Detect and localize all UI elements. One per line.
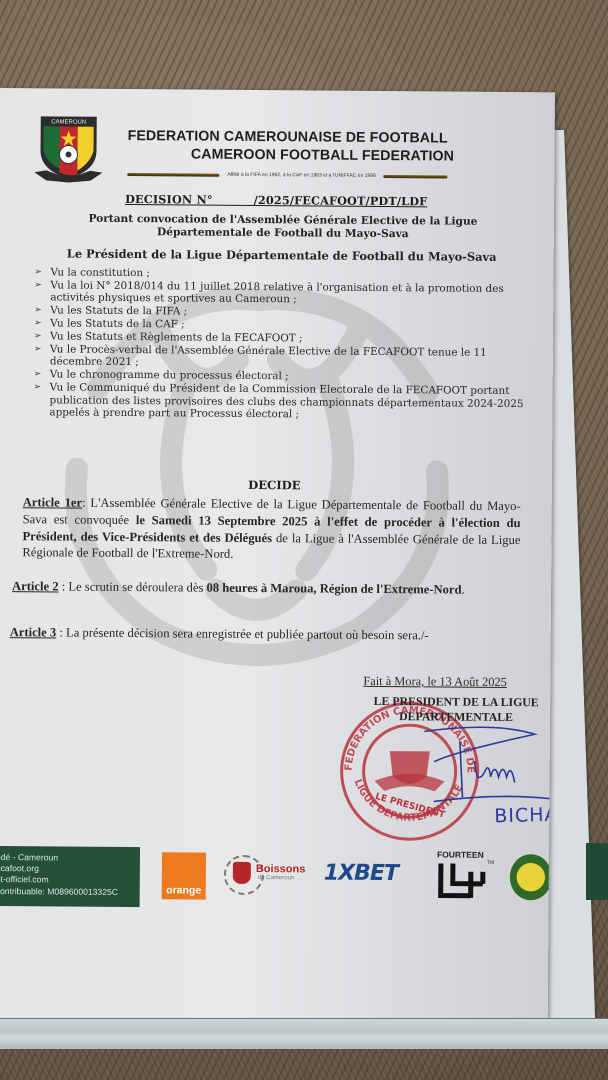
considerant-text: Vu le Communiqué du Président de la Comm… (49, 382, 523, 421)
article-bold-text: 08 heures à Maroua, Région de l'Extreme-… (206, 581, 461, 597)
considerant-text: Vu la constitution ; (51, 266, 150, 279)
binder-edge (0, 1018, 608, 1049)
considerant-text: Vu le Procès-verbal de l'Assemblée Génér… (50, 343, 487, 368)
considerant-text: Vu le chronogramme du processus électora… (50, 369, 289, 383)
considerant-item: ➢Vu le Communiqué du Président de la Com… (33, 381, 533, 422)
arrow-bullet-icon: ➢ (34, 317, 42, 329)
issuer-line: Le Président de la Ligue Départementale … (47, 246, 517, 264)
cameroon-crest-icon: CAMEROUN (32, 112, 105, 185)
boissons-du-cameroun-logo: Boissons du Cameroun (222, 853, 310, 898)
considerant-text: Vu les Statuts et Règlements de la FECAF… (50, 330, 303, 344)
fourteen-logo-text: FOURTEEN (437, 849, 484, 859)
boissons-logo-subtext: du Cameroun (258, 875, 294, 881)
federation-name-fr: FEDERATION CAMEROUNAISE DE FOOTBALL (128, 127, 508, 148)
decision-subject: Portant convocation de l'Assemblée Génér… (83, 213, 483, 242)
considerants-list: ➢Vu la constitution ;➢Vu la loi N° 2018/… (33, 266, 534, 423)
boissons-logo-text: Boissons (256, 863, 306, 875)
considerant-item: ➢Vu la loi N° 2018/014 du 11 juillet 201… (34, 279, 534, 308)
article-text: La présente décision sera enregistrée et… (66, 626, 429, 643)
footer-green-band (586, 843, 608, 900)
considerant-text: Vu la loi N° 2018/014 du 11 juillet 2018… (50, 279, 503, 305)
orange-logo-text: orange (166, 884, 201, 896)
fourteen-mark-icon (437, 861, 497, 899)
handwritten-signature-icon (414, 721, 555, 812)
considerant-item: ➢Vu le Procès-verbal de l'Assemblée Géné… (34, 343, 534, 372)
divider (384, 175, 448, 179)
article-separator: : (59, 579, 69, 593)
orange-sponsor-logo: orange (162, 852, 206, 899)
affiliation-row: Affilié à la FIFA en 1962, à la CAF en 1… (127, 171, 487, 180)
article-label: Article 2 (12, 579, 59, 593)
arrow-bullet-icon: ➢ (34, 304, 42, 316)
article-text: . (461, 583, 464, 597)
1xbet-sponsor-logo: 1XBET (324, 861, 398, 887)
arrow-bullet-icon: ➢ (34, 330, 42, 342)
federation-contact-box: ndé - Camerounecafoot.orgot-officiel.com… (0, 846, 140, 907)
handwritten-name: BICHAïR (494, 803, 555, 827)
contact-line: contribuable: M089600013325C (0, 886, 140, 898)
place-date: Fait à Mora, le 13 Août 2025 (363, 674, 507, 690)
arrow-bullet-icon: ➢ (34, 381, 42, 393)
red-lion-icon (233, 862, 251, 884)
article-label: Article 3 (10, 625, 57, 639)
decision-number: DECISION N° /2025/FECAFOOT/PDT/LDF (125, 192, 427, 208)
decision-document: CAMEROUN FEDERATION CAMEROUNAISE DE FOOT… (0, 88, 555, 1022)
arrow-bullet-icon: ➢ (34, 369, 42, 381)
divider (127, 173, 219, 177)
arrow-bullet-icon: ➢ (35, 266, 43, 278)
considerant-text: Vu les Statuts de la CAF ; (50, 318, 185, 331)
article-1: Article 1er: L'Assemblée Générale Electi… (22, 494, 521, 565)
arrow-bullet-icon: ➢ (34, 279, 42, 291)
federation-name-en: CAMEROON FOOTBALL FEDERATION (127, 145, 507, 166)
article-text: Le scrutin se déroulera dès (68, 580, 206, 595)
svg-text:CAMEROUN: CAMEROUN (51, 119, 86, 125)
signatory-title-line: LE PRESIDENT DE LA LIGUE (361, 694, 551, 710)
fourteen-sponsor-logo: FOURTEEN TM (437, 849, 503, 900)
arrow-bullet-icon: ➢ (34, 343, 42, 355)
considerant-text: Vu les Statuts de la FIFA ; (50, 305, 187, 318)
article-label: Article 1er (23, 495, 82, 509)
article-separator: : (56, 625, 66, 639)
indomitable-lions-logo-icon (510, 854, 552, 900)
contact-line: ot-officiel.com (0, 874, 140, 886)
article-separator: : (82, 496, 90, 510)
affiliation-text: Affilié à la FIFA en 1962, à la CAF en 1… (227, 172, 375, 179)
letterhead: FEDERATION CAMEROUNAISE DE FOOTBALL CAME… (127, 127, 507, 166)
